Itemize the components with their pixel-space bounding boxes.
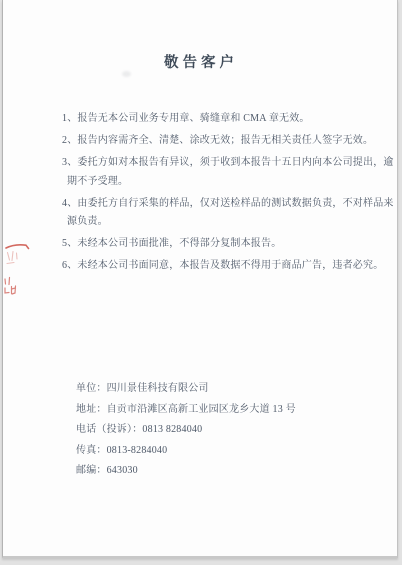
notice-item: 1、报告无本公司业务专用章、骑缝章和 CMA 章无效。 (62, 110, 398, 129)
notice-item: 6、未经本公司书面同意，本报告及数据不得用于商品广告，违者必究。 (62, 257, 398, 276)
notice-line: 2、报告内容需齐全、清楚、涂改无效；报告无相关责任人签字无效。 (62, 132, 398, 151)
notice-item: 5、未经本公司书面批准，不得部分复制本报告。 (62, 235, 398, 254)
scanned-document: 敬告客户 1、报告无本公司业务专用章、骑缝章和 CMA 章无效。 2、报告内容需… (0, 0, 402, 565)
page-title: 敬告客户 (0, 51, 402, 72)
notice-item: 3、委托方如对本报告有异议，须于收到本报告十五日内向本公司提出，逾 期不予受理。 (62, 154, 398, 191)
notice-line: 期不予受理。 (62, 173, 398, 192)
notice-list: 1、报告无本公司业务专用章、骑缝章和 CMA 章无效。 2、报告内容需齐全、清楚… (62, 110, 398, 279)
red-ink-mark-faint (5, 250, 20, 266)
notice-line: 6、未经本公司书面同意，本报告及数据不得用于商品广告，违者必究。 (62, 257, 398, 276)
notice-line: 3、委托方如对本报告有异议，须于收到本报告十五日内向本公司提出，逾 (62, 154, 398, 173)
contact-postcode: 邮编：643030 (76, 461, 296, 482)
contact-company: 单位：四川景佳科技有限公司 (76, 379, 296, 400)
contact-block: 单位：四川景佳科技有限公司 地址：自贡市沿滩区高新工业园区龙乡大道 13 号 电… (76, 379, 296, 482)
notice-line: 4、由委托方自行采集的样品，仅对送检样品的测试数据负责，不对样品来 (62, 195, 398, 214)
notice-line: 5、未经本公司书面批准，不得部分复制本报告。 (62, 235, 398, 254)
notice-item: 2、报告内容需齐全、清楚、涂改无效；报告无相关责任人签字无效。 (62, 132, 398, 151)
scan-smudge (122, 71, 131, 77)
red-ink-mark-characters (3, 276, 18, 295)
notice-item: 4、由委托方自行采集的样品，仅对送检样品的测试数据负责，不对样品来 源负责。 (62, 195, 398, 232)
notice-line: 源负责。 (62, 213, 398, 232)
contact-address: 地址：自贡市沿滩区高新工业园区龙乡大道 13 号 (76, 400, 296, 421)
contact-fax: 传真：0813-8284040 (76, 441, 296, 462)
contact-phone: 电话（投诉）：0813 8284040 (76, 420, 296, 441)
notice-line: 1、报告无本公司业务专用章、骑缝章和 CMA 章无效。 (62, 110, 398, 129)
